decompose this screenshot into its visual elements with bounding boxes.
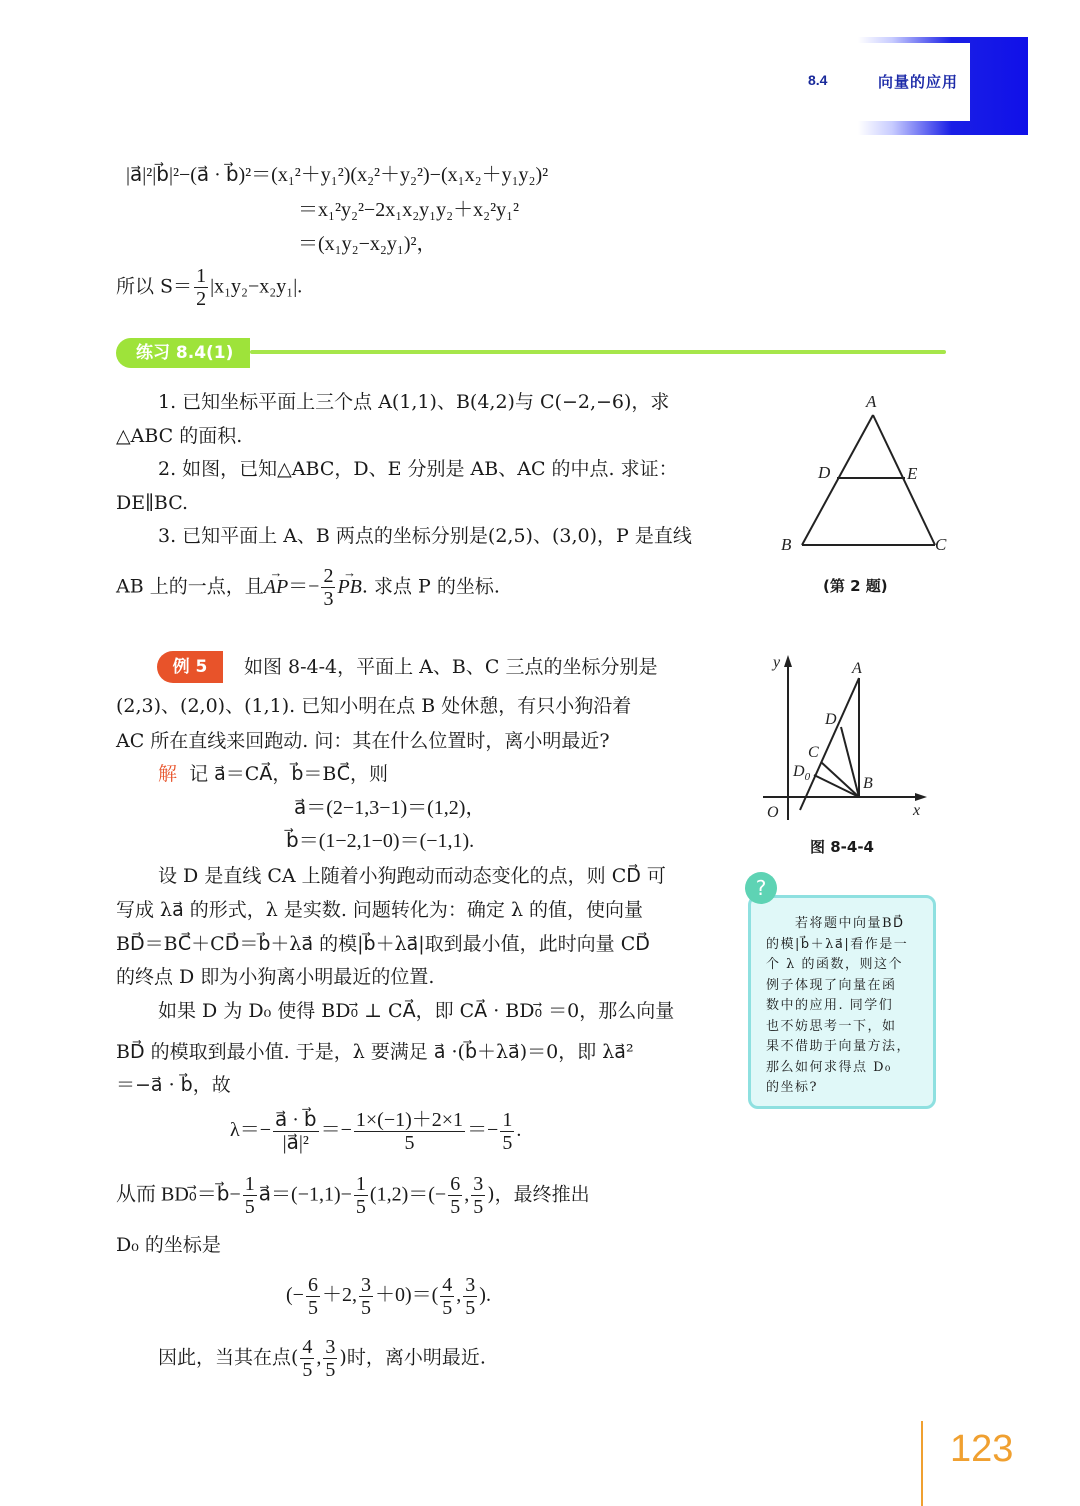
practice-divider (250, 350, 946, 354)
practice-item-3-line-2: AB 上的一点，且AP＝−23PB. 求点 P 的坐标. (116, 566, 500, 609)
para1-line-3: BD⃗＝BC⃗＋CD⃗＝b⃗＋λa⃗ 的模|b⃗＋λa⃗|取到最小值，此时向量 … (116, 932, 650, 956)
example-badge: 例 5 (157, 651, 223, 683)
fraction-half: 12 (194, 266, 208, 309)
equation-a: a⃗＝(2−1,3−1)＝(1,2)， (294, 796, 485, 820)
d0-equation: (−65＋2,35＋0)＝(45,35). (286, 1275, 491, 1318)
figure-caption-problem-2: (第 2 题) (823, 575, 888, 596)
conclusion-suffix: |x₁y₂−x₂y₁|. (210, 276, 302, 298)
vector-AP: AP (264, 575, 288, 599)
derivation-line-1: |a⃗|²|b⃗|²−(a⃗ · b⃗)²＝(x₁²＋y₁²)(x₂²＋y₂²)… (126, 163, 548, 187)
equation-b: b⃗＝(1−2,1−0)＝(−1,1). (286, 829, 474, 853)
derivation-conclusion: 所以 S＝12|x₁y₂−x₂y₁|. (116, 266, 302, 309)
practice-item-2-line-1: 2. 如图，已知△ABC，D、E 分别是 AB、AC 的中点. 求证： (158, 457, 678, 481)
y-axis-arrow-icon (784, 655, 792, 667)
practice-item-3-line-1: 3. 已知平面上 A、B 两点的坐标分别是(2,5)、(3,0)，P 是直线 (158, 524, 692, 548)
practice-item-1-line-1: 1. 已知坐标平面上三个点 A(1,1)、B(4,2)与 C(−2,−6)，求 (158, 390, 669, 414)
practice-item-2-line-2: DE∥BC. (116, 491, 188, 515)
svg-text:O: O (767, 804, 779, 821)
svg-text:D: D (824, 711, 837, 728)
question-icon: ? (745, 872, 777, 904)
para1-line-4: 的终点 D 即为小狗离小明最近的位置. (116, 965, 434, 989)
label-D: D (817, 463, 831, 482)
d0-coordinate-label: D₀ 的坐标是 (116, 1233, 221, 1257)
svg-text:C: C (808, 744, 819, 761)
practice-item-1-line-2: △ABC 的面积. (116, 424, 242, 448)
vector-PB: PB (337, 575, 361, 599)
label-B: B (781, 535, 792, 554)
svg-text:A: A (851, 660, 862, 677)
fraction-two-thirds: 23 (321, 566, 335, 609)
label-C: C (935, 535, 947, 554)
svg-text:D0: D0 (792, 763, 811, 783)
label-E: E (906, 464, 918, 483)
label-A: A (865, 392, 877, 411)
tip-text: 若将题中向量BD⃗ 的模|b⃗＋λa⃗|看作是一 个 λ 的函数，则这个 例子体… (766, 914, 924, 1099)
para1-line-2: 写成 λa⃗ 的形式，λ 是实数. 问题转化为：确定 λ 的值，使向量 (116, 898, 643, 922)
para2-line-1: 如果 D 为 D₀ 使得 BD₀⃗ ⊥ CA⃗，即 CA⃗ · BD₀⃗ ＝0，… (158, 999, 674, 1023)
derivation-line-2: ＝x₁²y₂²−2x₁x₂y₁y₂＋x₂²y₁² (298, 198, 519, 222)
final-conclusion: 因此，当其在点(45,35)时，离小明最近. (158, 1337, 486, 1380)
para2-line-3: ＝−a⃗ · b⃗，故 (116, 1073, 231, 1097)
lambda-equation: λ＝−a⃗ · b⃗|a⃗|²＝−1×(−1)＋2×15＝−15. (230, 1110, 521, 1153)
para1-line-1: 设 D 是直线 CA 上随着小狗跑动而动态变化的点，则 CD⃗ 可 (158, 864, 666, 888)
solution-label: 解 (158, 763, 177, 785)
solution-intro: 解 记 a⃗＝CA⃗，b⃗＝BC⃗，则 (158, 762, 388, 786)
example-line-1: 如图 8-4-4，平面上 A、B、C 三点的坐标分别是 (244, 655, 657, 679)
conclusion-prefix: 所以 S＝ (116, 276, 192, 298)
triangle-figure: A D E B C (775, 385, 955, 560)
para2-line-2: BD⃗ 的模取到最小值. 于是，λ 要满足 a⃗ ·(b⃗＋λa⃗)＝0，即 λ… (116, 1040, 634, 1064)
svg-text:y: y (771, 654, 781, 671)
example-line-2: (2,3)、(2,0)、(1,1). 已知小明在点 B 处休憩，有只小狗沿着 (116, 694, 631, 718)
section-number: 8.4 (808, 72, 827, 88)
x-axis-arrow-icon (915, 793, 927, 801)
svg-text:B: B (863, 775, 873, 792)
page-number-rule (921, 1421, 923, 1506)
derivation-line-3: ＝(x₁y₂−x₂y₁)²， (298, 232, 437, 256)
figure-caption-8-4-4: 图 8-4-4 (810, 836, 874, 857)
practice-title: 练习 8.4(1) (116, 338, 250, 368)
section-title: 向量的应用 (878, 71, 958, 92)
page-number: 123 (950, 1428, 1013, 1471)
example-line-3: AC 所在直线来回跑动. 问：其在什么位置时，离小明最近? (116, 729, 610, 753)
bd0-equation: 从而 BD₀⃗＝b⃗−15a⃗＝(−1,1)−15(1,2)＝(−65,35)，… (116, 1174, 590, 1217)
coordinate-figure: y x O A D C D0 B (755, 645, 945, 825)
svg-text:x: x (912, 802, 920, 819)
